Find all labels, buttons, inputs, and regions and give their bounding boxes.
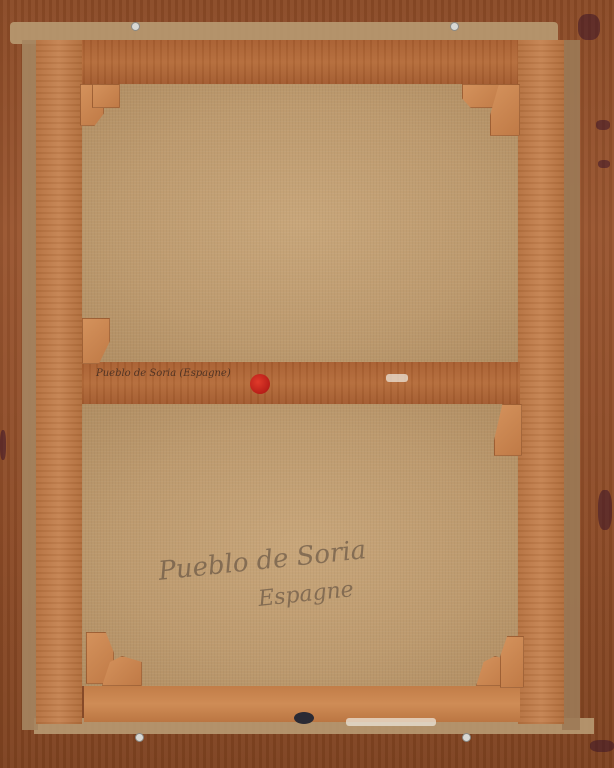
painting-back-photo: Pueblo de Soria (Espagne) Pueblo de Sori… (0, 0, 614, 768)
frame-stain (590, 740, 614, 752)
hanging-hook (131, 22, 140, 31)
stretcher-right-bar (518, 40, 564, 724)
canvas-upper (82, 84, 518, 362)
stretcher-top-bar (76, 40, 520, 84)
frame-stain (596, 120, 610, 130)
frame-stain (598, 160, 610, 168)
frame-stain (578, 14, 600, 40)
dark-spot (294, 712, 314, 724)
red-wax-seal (250, 374, 270, 394)
paper-backing-right (562, 40, 580, 730)
corner-key-top-left (92, 84, 120, 108)
crossbar-inscription: Pueblo de Soria (Espagne) (96, 368, 231, 379)
hanging-hook (135, 733, 144, 742)
frame-stain (598, 490, 612, 530)
frame-stain (0, 430, 6, 460)
hanging-hook (462, 733, 471, 742)
hanging-hook (450, 22, 459, 31)
paint-mark (346, 718, 436, 726)
stretcher-left-bar (36, 40, 82, 724)
paint-mark (386, 374, 408, 382)
